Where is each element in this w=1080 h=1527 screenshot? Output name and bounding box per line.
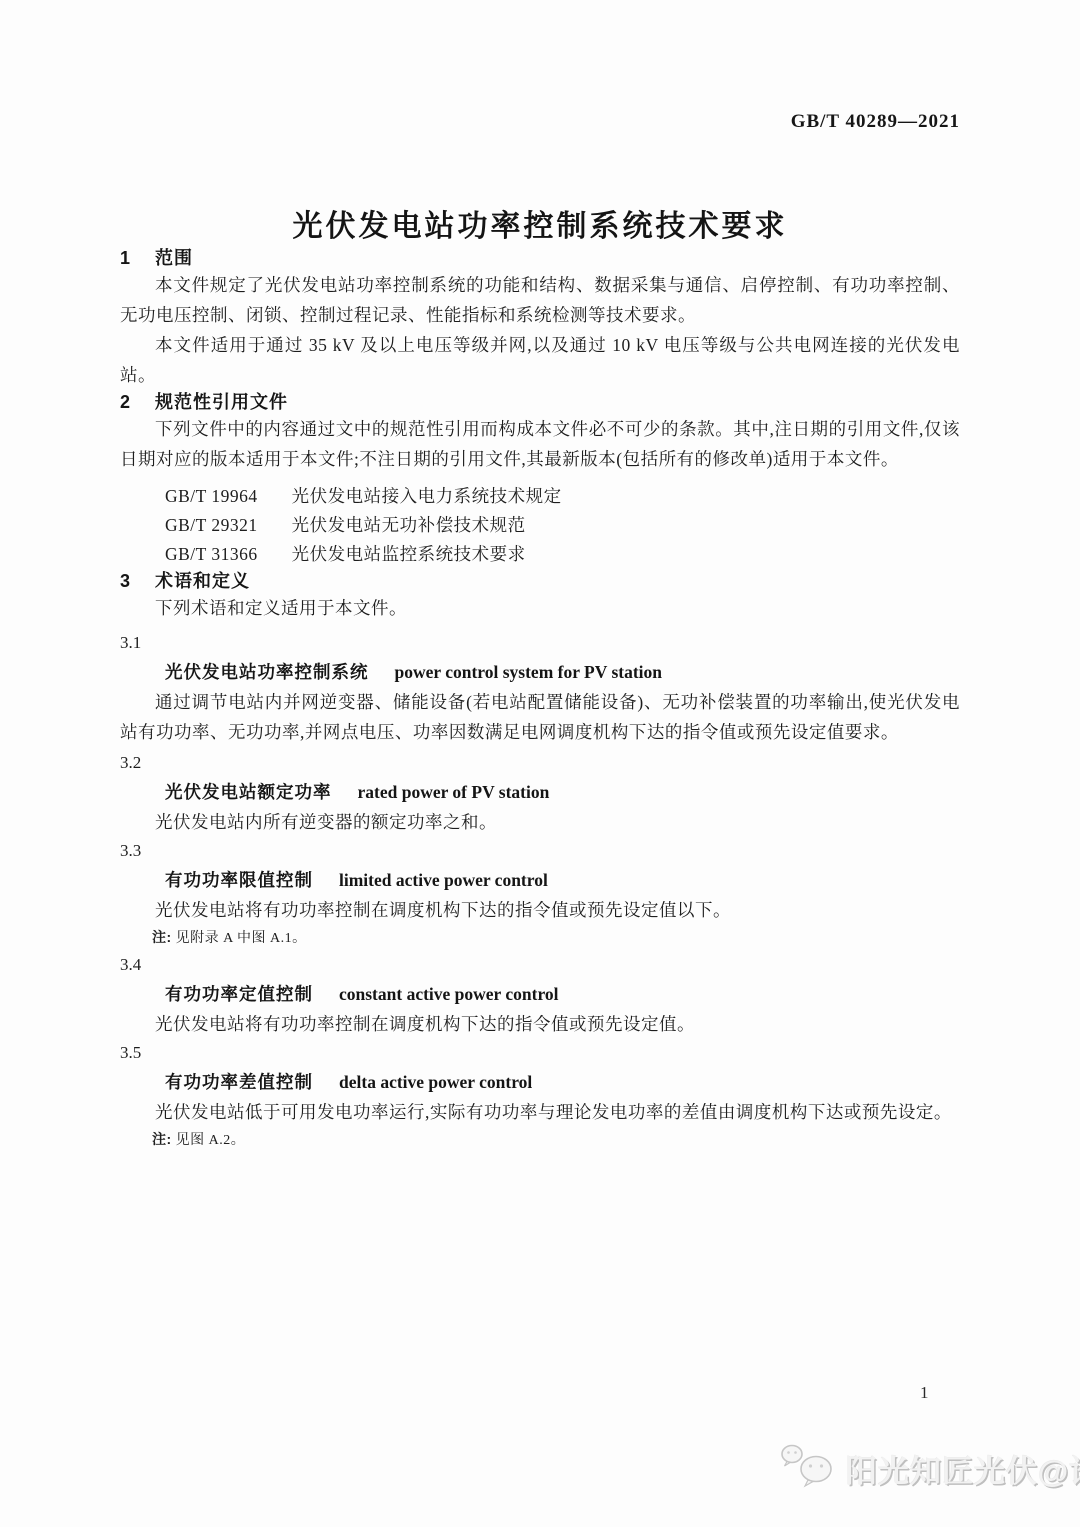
term-heading: 光伏发电站功率控制系统power control system for PV s… [120, 657, 960, 687]
note-label: 注: [152, 929, 172, 945]
term-heading: 光伏发电站额定功率rated power of PV station [120, 777, 960, 807]
term-zh-name: 有功功率限值控制 [165, 870, 313, 890]
term-block-3-1: 3.1 光伏发电站功率控制系统power control system for … [120, 629, 960, 747]
term-block-3-5: 3.5 有功功率差值控制delta active power control 光… [120, 1039, 960, 1153]
section-3-intro: 下列术语和定义适用于本文件。 [120, 593, 960, 623]
section-number: 1 [120, 248, 131, 268]
document-title: 光伏发电站功率控制系统技术要求 [120, 208, 960, 246]
section-2-heading: 2规范性引用文件 [120, 390, 960, 414]
section-title: 规范性引用文件 [155, 392, 288, 412]
term-en-name: limited active power control [339, 870, 548, 890]
term-heading: 有功功率限值控制limited active power control [120, 865, 960, 895]
section-number: 2 [120, 392, 131, 412]
reference-title: 光伏发电站无功补偿技术规范 [292, 515, 526, 535]
term-heading: 有功功率定值控制constant active power control [120, 979, 960, 1009]
term-zh-name: 有功功率差值控制 [165, 1072, 313, 1092]
reference-code: GB/T 31366 [165, 544, 258, 564]
term-definition: 光伏发电站低于可用发电功率运行,实际有功功率与理论发电功率的差值由调度机构下达或… [120, 1097, 960, 1127]
term-block-3-3: 3.3 有功功率限值控制limited active power control… [120, 837, 960, 951]
term-number: 3.5 [120, 1039, 960, 1067]
term-zh-name: 光伏发电站功率控制系统 [165, 662, 369, 682]
term-number: 3.2 [120, 749, 960, 777]
section-number: 3 [120, 571, 131, 591]
reference-code: GB/T 29321 [165, 515, 258, 535]
note-text: 见图 A.2。 [176, 1133, 246, 1148]
reference-item: GB/T 31366光伏发电站监控系统技术要求 [165, 540, 960, 569]
note-label: 注: [152, 1131, 172, 1147]
term-note: 注:见附录 A 中图 A.1。 [120, 925, 960, 951]
section-title: 范围 [155, 248, 193, 268]
term-en-name: constant active power control [339, 984, 559, 1004]
page-content: GB/T 40289—2021 光伏发电站功率控制系统技术要求 1范围 本文件规… [0, 0, 1080, 1153]
term-en-name: rated power of PV station [358, 782, 550, 802]
term-number: 3.3 [120, 837, 960, 865]
watermark-text: 阳光知匠光伏@论坛 [846, 1446, 1080, 1491]
term-definition: 光伏发电站内所有逆变器的额定功率之和。 [120, 807, 960, 837]
section-1-heading: 1范围 [120, 246, 960, 270]
reference-item: GB/T 29321光伏发电站无功补偿技术规范 [165, 511, 960, 540]
term-definition: 光伏发电站将有功功率控制在调度机构下达的指令值或预先设定值。 [120, 1009, 960, 1039]
term-number: 3.1 [120, 629, 960, 657]
term-block-3-4: 3.4 有功功率定值控制constant active power contro… [120, 951, 960, 1039]
term-block-3-2: 3.2 光伏发电站额定功率rated power of PV station 光… [120, 749, 960, 837]
normative-references-list: GB/T 19964光伏发电站接入电力系统技术规定 GB/T 29321光伏发电… [120, 482, 960, 569]
standard-document-page: GB/T 40289—2021 光伏发电站功率控制系统技术要求 1范围 本文件规… [0, 0, 1080, 1527]
reference-item: GB/T 19964光伏发电站接入电力系统技术规定 [165, 482, 960, 511]
reference-title: 光伏发电站监控系统技术要求 [292, 544, 526, 564]
section-1-paragraph-1: 本文件规定了光伏发电站功率控制系统的功能和结构、数据采集与通信、启停控制、有功功… [120, 270, 960, 330]
section-1-paragraph-2: 本文件适用于通过 35 kV 及以上电压等级并网,以及通过 10 kV 电压等级… [120, 330, 960, 390]
section-3-heading: 3术语和定义 [120, 569, 960, 593]
reference-title: 光伏发电站接入电力系统技术规定 [292, 486, 562, 506]
section-2-paragraph-1: 下列文件中的内容通过文中的规范性引用而构成本文件必不可少的条款。其中,注日期的引… [120, 414, 960, 474]
term-zh-name: 光伏发电站额定功率 [165, 782, 332, 802]
term-number: 3.4 [120, 951, 960, 979]
forum-watermark: 阳光知匠光伏@论坛 [778, 1442, 1080, 1495]
reference-code: GB/T 19964 [165, 486, 258, 506]
term-definition: 光伏发电站将有功功率控制在调度机构下达的指令值或预先设定值以下。 [120, 895, 960, 925]
wechat-icon [778, 1442, 840, 1495]
page-number: 1 [920, 1382, 929, 1404]
term-zh-name: 有功功率定值控制 [165, 984, 313, 1004]
standard-code: GB/T 40289—2021 [120, 110, 960, 134]
term-note: 注:见图 A.2。 [120, 1127, 960, 1153]
term-definition: 通过调节电站内并网逆变器、储能设备(若电站配置储能设备)、无功补偿装置的功率输出… [120, 687, 960, 747]
term-en-name: delta active power control [339, 1072, 532, 1092]
term-heading: 有功功率差值控制delta active power control [120, 1067, 960, 1097]
note-text: 见附录 A 中图 A.1。 [176, 931, 307, 946]
term-en-name: power control system for PV station [395, 662, 663, 682]
section-title: 术语和定义 [155, 571, 250, 591]
